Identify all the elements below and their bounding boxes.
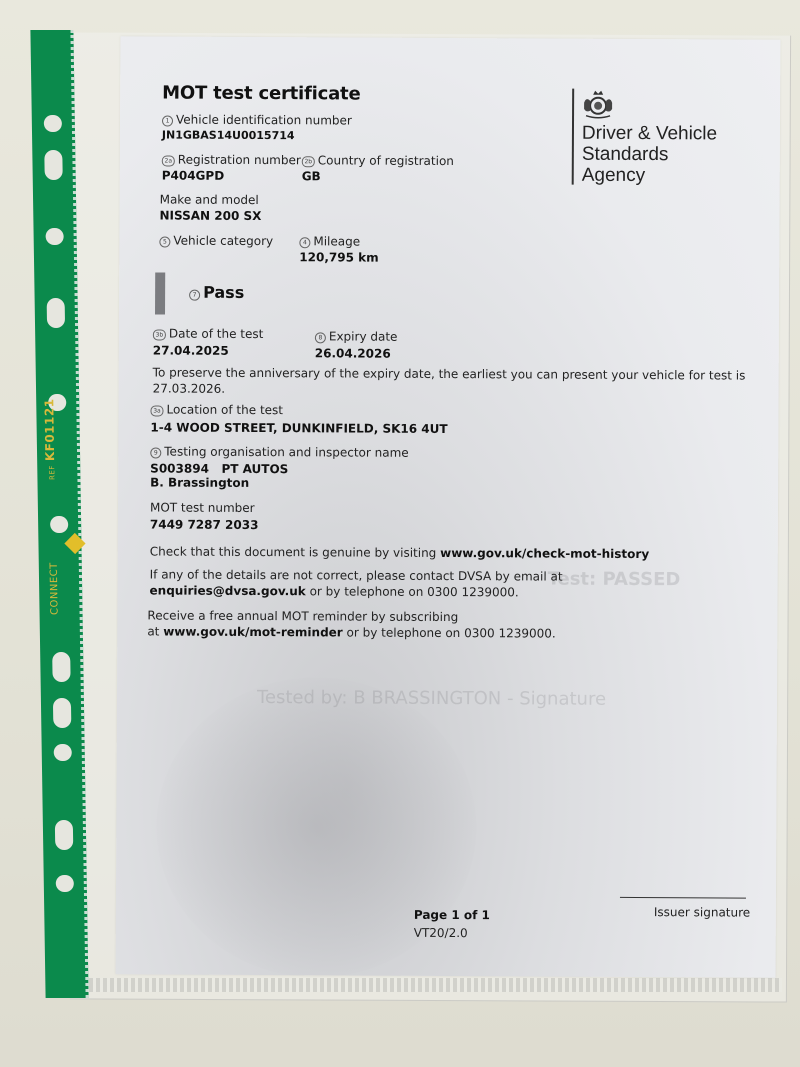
mileage-value: 120,795 km <box>299 250 378 264</box>
punch-hole <box>52 652 70 682</box>
punch-hole <box>50 516 68 533</box>
organisation-label: 9Testing organisation and inspector name <box>150 444 408 459</box>
check-mot-history-link[interactable]: www.gov.uk/check-mot-history <box>440 546 649 561</box>
location-value: 1-4 WOOD STREET, DUNKINFIELD, SK16 4UT <box>150 420 447 436</box>
punch-hole <box>47 298 65 328</box>
sleeve-perforation <box>82 978 782 992</box>
reminder-info: Receive a free annual MOT reminder by su… <box>147 607 556 641</box>
mileage-label: 4Mileage <box>299 234 360 248</box>
inspector-name: B. Brassington <box>150 475 249 490</box>
registration-label: 2aRegistration number <box>162 152 301 167</box>
punch-hole <box>54 744 72 761</box>
expiry-date-label: 8Expiry date <box>315 329 398 343</box>
vin-label: 1Vehicle identification number <box>162 112 352 127</box>
test-date-value: 27.04.2025 <box>153 343 229 357</box>
contact-info: If any of the details are not correct, p… <box>150 566 563 600</box>
punch-hole <box>53 698 71 728</box>
dvsa-email-link[interactable]: enquiries@dvsa.gov.uk <box>150 583 306 598</box>
logo-rule <box>572 89 575 185</box>
country-label: 2bCountry of registration <box>302 153 454 168</box>
test-number-label: MOT test number <box>150 500 255 515</box>
category-label: 5Vehicle category <box>159 233 273 248</box>
make-model-label: Make and model <box>160 192 259 207</box>
punch-hole <box>44 150 62 180</box>
punch-hole <box>44 115 62 132</box>
test-number-value: 7449 7287 2033 <box>150 517 259 532</box>
strip-brand: CONNECT <box>49 562 61 615</box>
issuer-signature-label: Issuer signature <box>654 905 750 920</box>
mot-reminder-link[interactable]: www.gov.uk/mot-reminder <box>163 625 343 640</box>
signature-line <box>620 897 746 899</box>
dvsa-logo: Driver & Vehicle Standards Agency <box>572 89 743 190</box>
page-number: Page 1 of 1 <box>414 908 490 922</box>
make-model-value: NISSAN 200 SX <box>159 208 261 223</box>
form-code: VT20/2.0 <box>414 926 468 940</box>
location-label: 3aLocation of the test <box>150 402 283 417</box>
result-indicator <box>155 272 165 314</box>
punch-hole <box>55 820 73 850</box>
test-date-label: 3bDate of the test <box>153 326 264 341</box>
organisation-value: S003894 PT AUTOS <box>150 461 288 476</box>
strip-reference: REFKF01121 <box>42 398 57 480</box>
country-value: GB <box>302 169 321 183</box>
logo-text: Driver & Vehicle Standards Agency <box>582 123 717 187</box>
expiry-date-value: 26.04.2026 <box>315 346 391 360</box>
registration-value: P404GPD <box>162 168 225 182</box>
mot-certificate: Test: PASSED Tested by: B BRASSINGTON - … <box>116 36 781 977</box>
punch-hole <box>46 228 64 245</box>
document-title: MOT test certificate <box>162 82 360 104</box>
royal-crest-icon <box>580 89 616 119</box>
anniversary-note: To preserve the anniversary of the expir… <box>153 364 746 399</box>
punch-hole <box>56 875 74 892</box>
test-result: 7Pass <box>189 283 244 302</box>
genuine-check: Check that this document is genuine by v… <box>150 543 649 562</box>
vin-value: JN1GBAS14U0015714 <box>162 128 295 142</box>
